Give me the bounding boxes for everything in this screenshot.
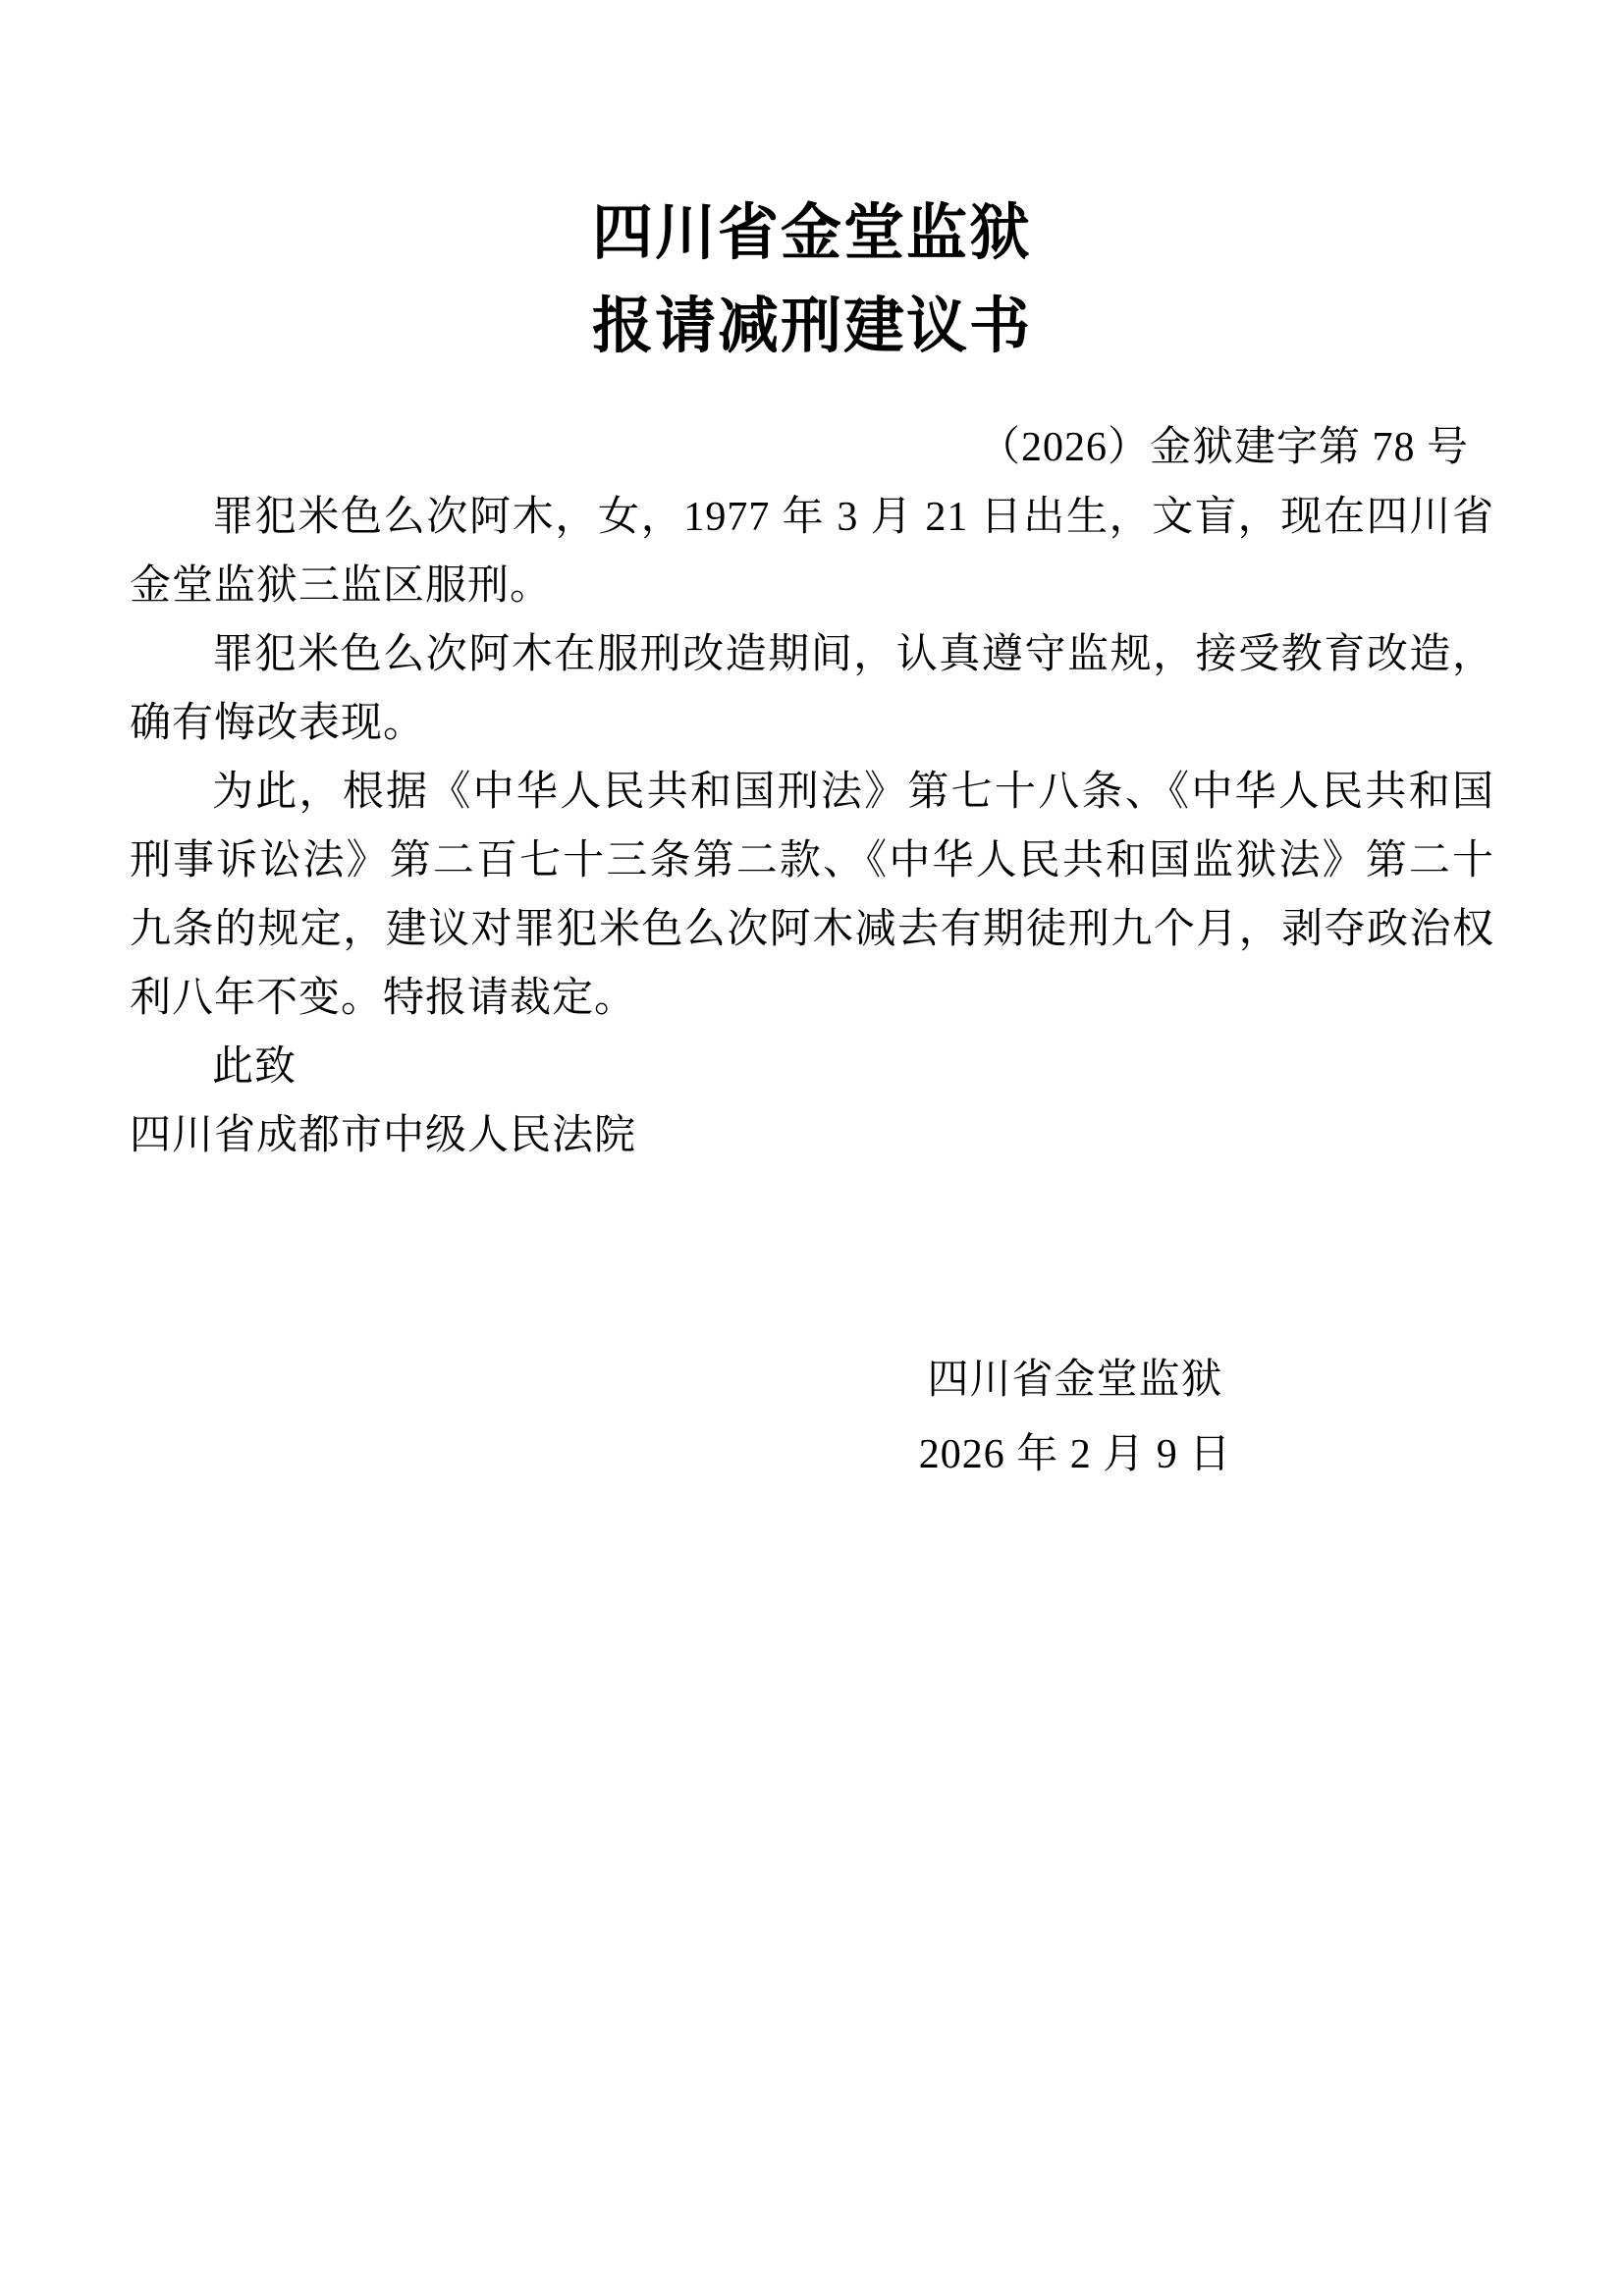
paragraph-legal-basis-and-proposal: 为此，根据《中华人民共和国刑法》第七十八条、《中华人民共和国刑事诉讼法》第二百七… [130, 758, 1494, 1033]
document-title: 四川省金堂监狱 报请减刑建议书 [0, 0, 1624, 373]
document-page: 四川省金堂监狱 报请减刑建议书 （2026）金狱建字第 78 号 罪犯米色么次阿… [0, 0, 1624, 2296]
salutation: 此致 [130, 1033, 1494, 1101]
title-line-document-type: 报请减刑建议书 [0, 280, 1624, 373]
signature-block: 四川省金堂监狱 2026 年 2 月 9 日 [805, 1343, 1345, 1492]
document-number: （2026）金狱建字第 78 号 [0, 414, 1624, 473]
signature-date: 2026 年 2 月 9 日 [805, 1417, 1345, 1492]
title-line-prison-name: 四川省金堂监狱 [0, 187, 1624, 280]
recipient-court: 四川省成都市中级人民法院 [130, 1101, 1494, 1170]
signature-organization: 四川省金堂监狱 [805, 1343, 1345, 1417]
paragraph-prisoner-performance: 罪犯米色么次阿木在服刑改造期间，认真遵守监规，接受教育改造，确有悔改表现。 [130, 620, 1494, 758]
paragraph-prisoner-basic-info: 罪犯米色么次阿木，女，1977 年 3 月 21 日出生，文盲，现在四川省金堂监… [130, 483, 1494, 620]
document-body: 罪犯米色么次阿木，女，1977 年 3 月 21 日出生，文盲，现在四川省金堂监… [130, 483, 1494, 1170]
